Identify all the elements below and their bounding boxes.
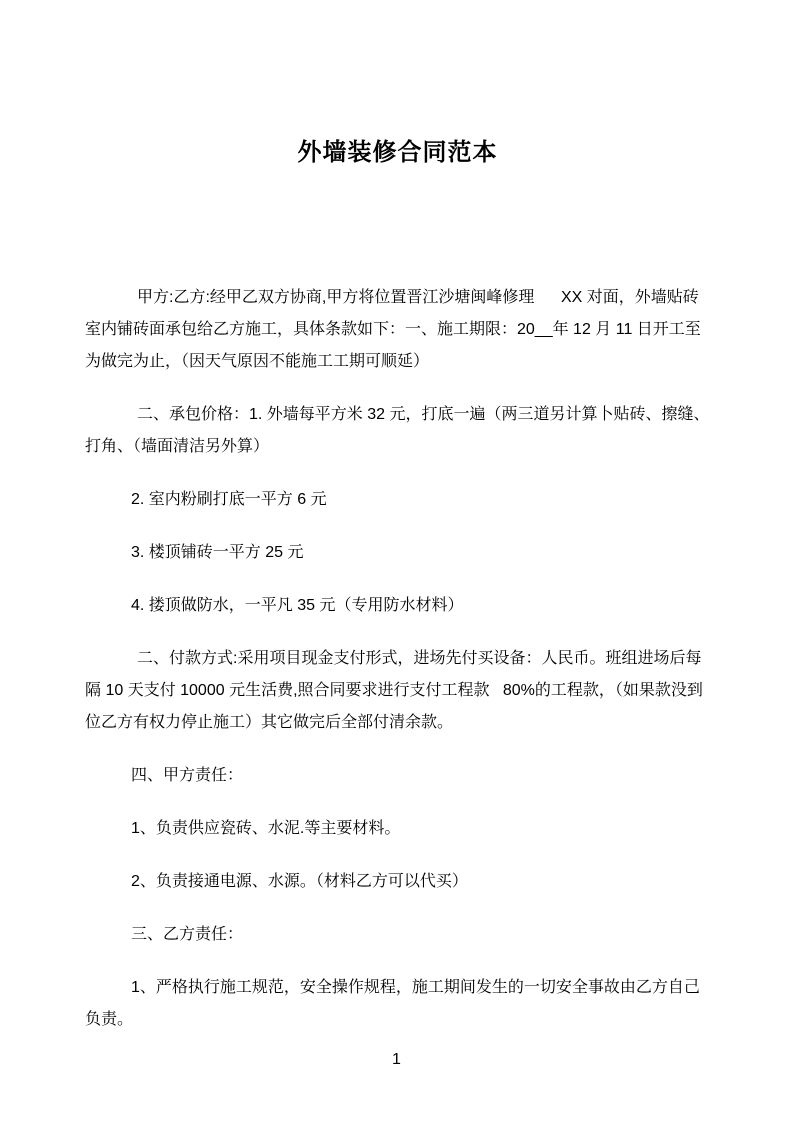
paragraph-price-item-2: 2. 室内粉刷打底一平方 6 元 — [85, 484, 710, 516]
paragraph-price-item-4: 4. 搂顶做防水，一平凡 35 元（专用防水材料） — [85, 590, 710, 622]
paragraph-parties-and-construction-term: 甲方:乙方:经甲乙双方协商,甲方将位置晋江沙塘闽峰修理 XX 对面，外墙贴砖室内… — [85, 282, 710, 378]
paragraph-party-a-item-1: 1、负责供应瓷砖、水泥.等主要材料。 — [85, 813, 710, 845]
paragraph-party-b-responsibility-heading: 三、乙方责任： — [85, 919, 710, 951]
paragraph-price-item-3: 3. 楼顶铺砖一平方 25 元 — [85, 537, 710, 569]
document-content: 外墙装修合同范本 甲方:乙方:经甲乙双方协商,甲方将位置晋江沙塘闽峰修理 XX … — [85, 135, 710, 1057]
paragraph-party-a-responsibility-heading: 四、甲方责任： — [85, 760, 710, 792]
paragraph-contract-price-intro: 二、承包价格：1. 外墙每平方米 32 元，打底一遍（两三道另计算卜贴砖、擦缝、… — [85, 399, 710, 463]
paragraph-party-b-item-1: 1、严格执行施工规范，安全操作规程，施工期间发生的一切安全事故由乙方自己负责。 — [85, 972, 710, 1036]
paragraph-party-a-item-2: 2、负责接通电源、水源。（材料乙方可以代买） — [85, 866, 710, 898]
document-page: 外墙装修合同范本 甲方:乙方:经甲乙双方协商,甲方将位置晋江沙塘闽峰修理 XX … — [0, 0, 793, 1122]
document-title: 外墙装修合同范本 — [85, 135, 710, 171]
paragraph-payment-terms: 二、付款方式:采用项目现金支付形式，进场先付买设备：人民币。班组进场后每隔 10… — [85, 643, 710, 739]
page-number: 1 — [0, 1048, 793, 1072]
